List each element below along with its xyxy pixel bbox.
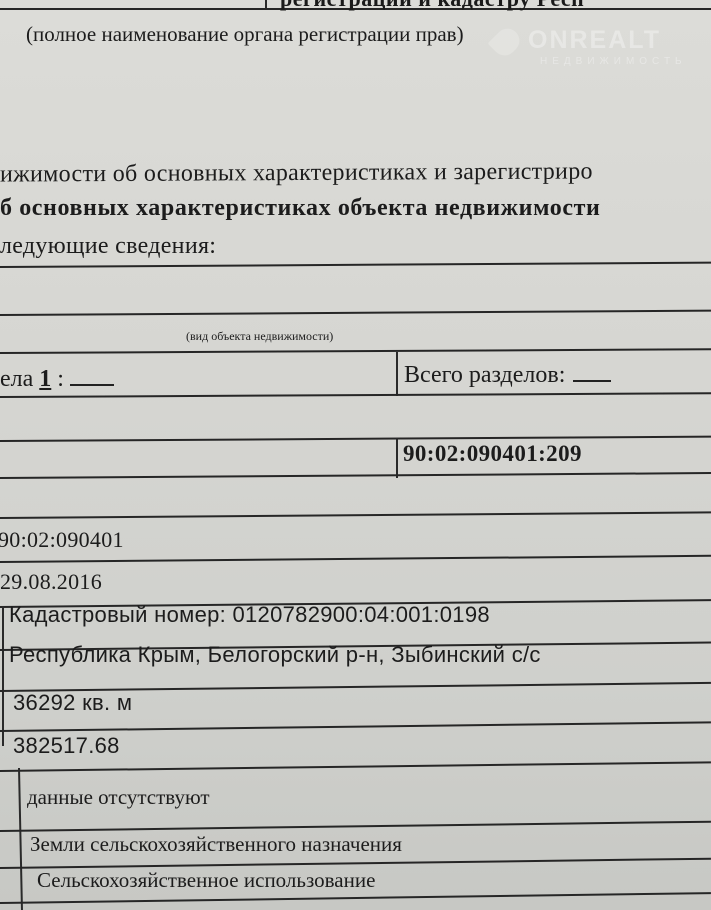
watermark-subtitle: НЕДВИЖИМОСТЬ <box>540 56 687 67</box>
document-heading-line-2: б основных характеристиках объекта недви… <box>0 195 600 222</box>
registration-authority-name: регистрации и кадастру Респ <box>280 0 584 12</box>
previous-cadastral-number: Кадастровый номер: 0120782900:04:001:019… <box>9 602 490 628</box>
table-border <box>0 555 711 563</box>
location-pin-icon <box>488 24 525 61</box>
object-type-caption: (вид объекта недвижимости) <box>186 329 333 344</box>
table-border <box>0 892 711 904</box>
table-border <box>0 436 711 442</box>
table-border <box>0 392 711 398</box>
missing-data-note: данные отсутствуют <box>27 785 210 810</box>
document-page: регистрации и кадастру Респ (полное наим… <box>0 0 711 910</box>
total-sections-blank-field <box>573 362 611 382</box>
table-border <box>0 262 711 268</box>
table-border <box>0 511 711 519</box>
section-blank-field <box>70 366 114 386</box>
address: Республика Крым, Белогорский р-н, Зыбинс… <box>9 642 541 668</box>
table-border <box>2 606 4 746</box>
total-sections: Всего разделов: <box>404 362 611 389</box>
document-heading-line-3: ледующие сведения: <box>0 233 216 260</box>
cadastral-value: 382517.68 <box>13 733 120 759</box>
watermark-brand: ONREALT <box>528 26 661 55</box>
table-border <box>396 352 398 396</box>
table-border <box>396 438 398 478</box>
permitted-use: Сельскохозяйственное использование <box>37 868 375 893</box>
area: 36292 кв. м <box>13 690 132 716</box>
land-category: Земли сельскохозяйственного назначения <box>30 832 402 857</box>
table-border <box>18 768 23 910</box>
table-border <box>0 348 711 354</box>
section-label-text: ела <box>0 366 33 392</box>
table-border <box>0 821 711 832</box>
section-label: ела1: <box>0 366 114 393</box>
cadastral-number: 90:02:090401:209 <box>403 441 582 467</box>
table-border <box>0 761 711 772</box>
cadastral-quarter: 90:02:090401 <box>0 527 124 553</box>
table-border <box>0 310 711 316</box>
table-border <box>0 472 711 479</box>
table-border <box>0 721 711 732</box>
document-heading-line-1: ижимости об основных характеристиках и з… <box>0 158 593 188</box>
total-sections-label: Всего разделов: <box>404 362 565 388</box>
authority-caption: (полное наименование органа регистрации … <box>26 22 464 47</box>
section-number: 1 <box>39 366 51 392</box>
section-colon: : <box>57 366 64 392</box>
assignment-date: 29.08.2016 <box>0 569 102 595</box>
